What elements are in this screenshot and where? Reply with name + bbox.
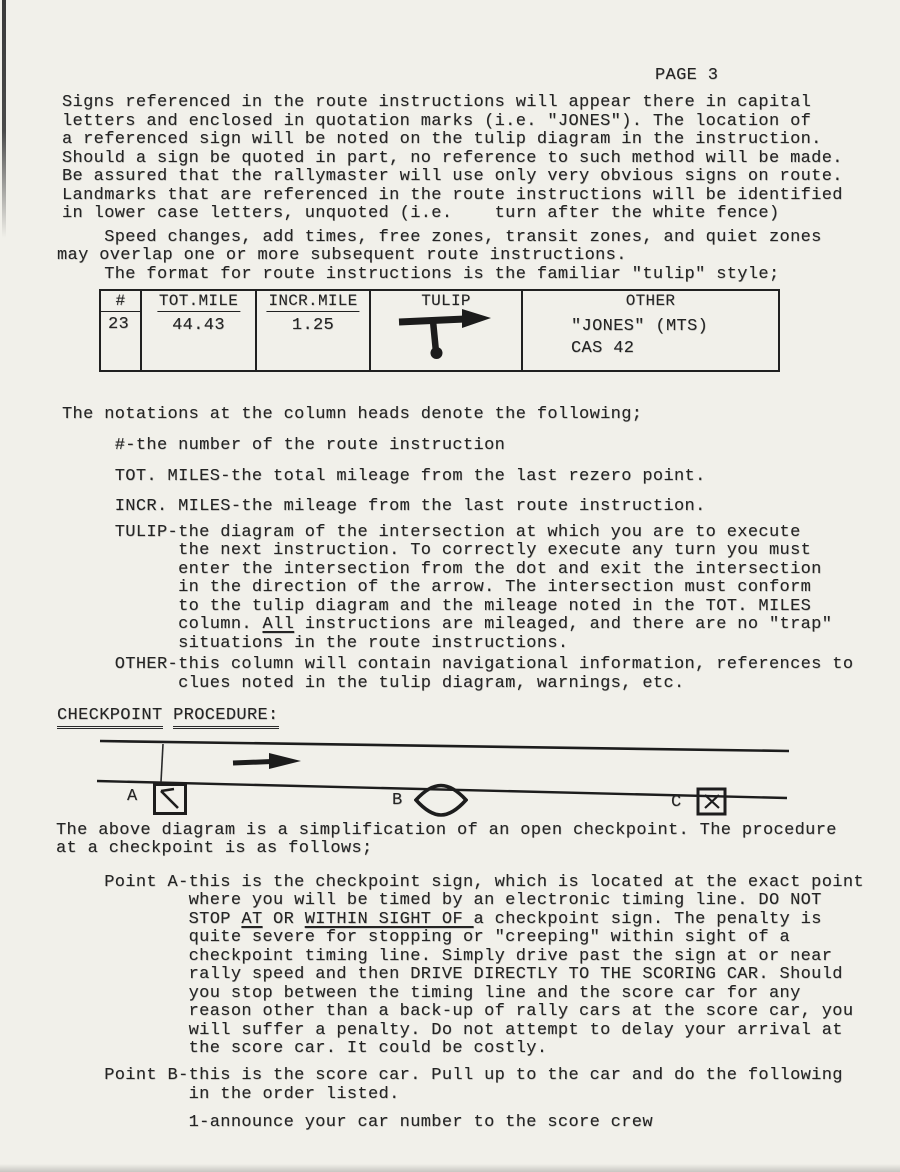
table-col-number: # 23 xyxy=(101,291,142,370)
scanned-document-page: PAGE 3 Signs referenced in the route ins… xyxy=(0,0,900,1172)
doc-line: TULIP-the diagram of the intersection at… xyxy=(62,523,801,542)
col-header-other: OTHER xyxy=(624,292,678,310)
doc-line: may overlap one or more subsequent route… xyxy=(57,246,627,265)
diagram-point-b-label: B xyxy=(392,791,403,810)
doc-line: Should a sign be quoted in part, no refe… xyxy=(62,149,843,168)
col-header-incr-mile: INCR.MILE xyxy=(266,292,359,312)
doc-line: at a checkpoint is as follows; xyxy=(56,839,373,858)
doc-line: Point A-this is the checkpoint sign, whi… xyxy=(62,873,864,892)
doc-line: The notations at the column heads denote… xyxy=(62,405,642,424)
doc-line: Landmarks that are referenced in the rou… xyxy=(62,186,843,205)
doc-line: in lower case letters, unquoted (i.e. tu… xyxy=(62,204,780,223)
score-car-icon xyxy=(414,782,468,819)
doc-line: in the direction of the arrow. The inter… xyxy=(62,578,811,597)
x-box-icon xyxy=(695,786,729,818)
doc-line: TOT. MILES-the total mileage from the la… xyxy=(62,467,706,486)
doc-line: Speed changes, add times, free zones, tr… xyxy=(62,228,822,247)
section-heading-checkpoint-procedure: CHECKPOINT PROCEDURE: xyxy=(57,706,279,725)
doc-line: reason other than a back-up of rally car… xyxy=(62,1002,853,1021)
table-col-tulip: TULIP xyxy=(371,291,523,370)
doc-line: INCR. MILES-the mileage from the last ro… xyxy=(62,497,706,516)
doc-line: enter the intersection from the dot and … xyxy=(62,560,822,579)
doc-line: The above diagram is a simplification of… xyxy=(56,821,837,840)
doc-line: clues noted in the tulip diagram, warnin… xyxy=(62,674,685,693)
table-col-tot-mile: TOT.MILE 44.43 xyxy=(142,291,257,370)
doc-line: checkpoint timing line. Simply drive pas… xyxy=(62,947,832,966)
table-col-incr-mile: INCR.MILE 1.25 xyxy=(257,291,371,370)
cell-other-line1: "JONES" (MTS) xyxy=(571,317,708,336)
diagram-point-a-label: A xyxy=(127,787,138,806)
doc-line: will suffer a penalty. Do not attempt to… xyxy=(62,1021,843,1040)
scan-edge-artifact xyxy=(2,0,6,238)
col-header-tot-mile: TOT.MILE xyxy=(157,292,240,312)
doc-line: column. All instructions are mileaged, a… xyxy=(62,615,832,634)
diagram-point-c-label: C xyxy=(671,793,682,812)
doc-line: Signs referenced in the route instructio… xyxy=(62,93,811,112)
doc-line: situations in the route instructions. xyxy=(62,634,568,653)
doc-line: #-the number of the route instruction xyxy=(62,436,505,455)
cell-incr-mile-value: 1.25 xyxy=(257,316,369,335)
tulip-turn-right-arrow-icon xyxy=(371,291,521,366)
table-col-other: OTHER "JONES" (MTS) CAS 42 xyxy=(523,291,778,370)
route-instruction-table: # 23 TOT.MILE 44.43 INCR.MILE 1.25 TULIP… xyxy=(99,289,780,372)
cell-other-line2: CAS 42 xyxy=(571,339,634,358)
doc-line: where you will be timed by an electronic… xyxy=(62,891,822,910)
doc-line: 1-announce your car number to the score … xyxy=(62,1113,653,1132)
doc-line: to the tulip diagram and the mileage not… xyxy=(62,597,811,616)
checkpoint-sign-icon xyxy=(151,781,189,818)
doc-line: Point B-this is the score car. Pull up t… xyxy=(62,1066,843,1085)
doc-line: letters and enclosed in quotation marks … xyxy=(62,112,811,131)
col-header-number: # xyxy=(101,292,140,312)
page-number-label: PAGE 3 xyxy=(655,66,718,85)
doc-line: quite severe for stopping or "creeping" … xyxy=(62,928,790,947)
doc-line: rally speed and then DRIVE DIRECTLY TO T… xyxy=(62,965,843,984)
doc-line: Be assured that the rallymaster will use… xyxy=(62,167,843,186)
doc-line: you stop between the timing line and the… xyxy=(62,984,801,1003)
doc-line: a referenced sign will be noted on the t… xyxy=(62,130,822,149)
doc-line: the score car. It could be costly. xyxy=(62,1039,547,1058)
doc-line: OTHER-this column will contain navigatio… xyxy=(62,655,853,674)
doc-line: the next instruction. To correctly execu… xyxy=(62,541,811,560)
doc-line: The format for route instructions is the… xyxy=(62,265,780,284)
doc-line: in the order listed. xyxy=(62,1085,400,1104)
cell-tot-mile-value: 44.43 xyxy=(142,316,255,335)
cell-instruction-number: 23 xyxy=(108,315,129,334)
doc-line: STOP AT OR WITHIN SIGHT OF a checkpoint … xyxy=(62,910,822,929)
